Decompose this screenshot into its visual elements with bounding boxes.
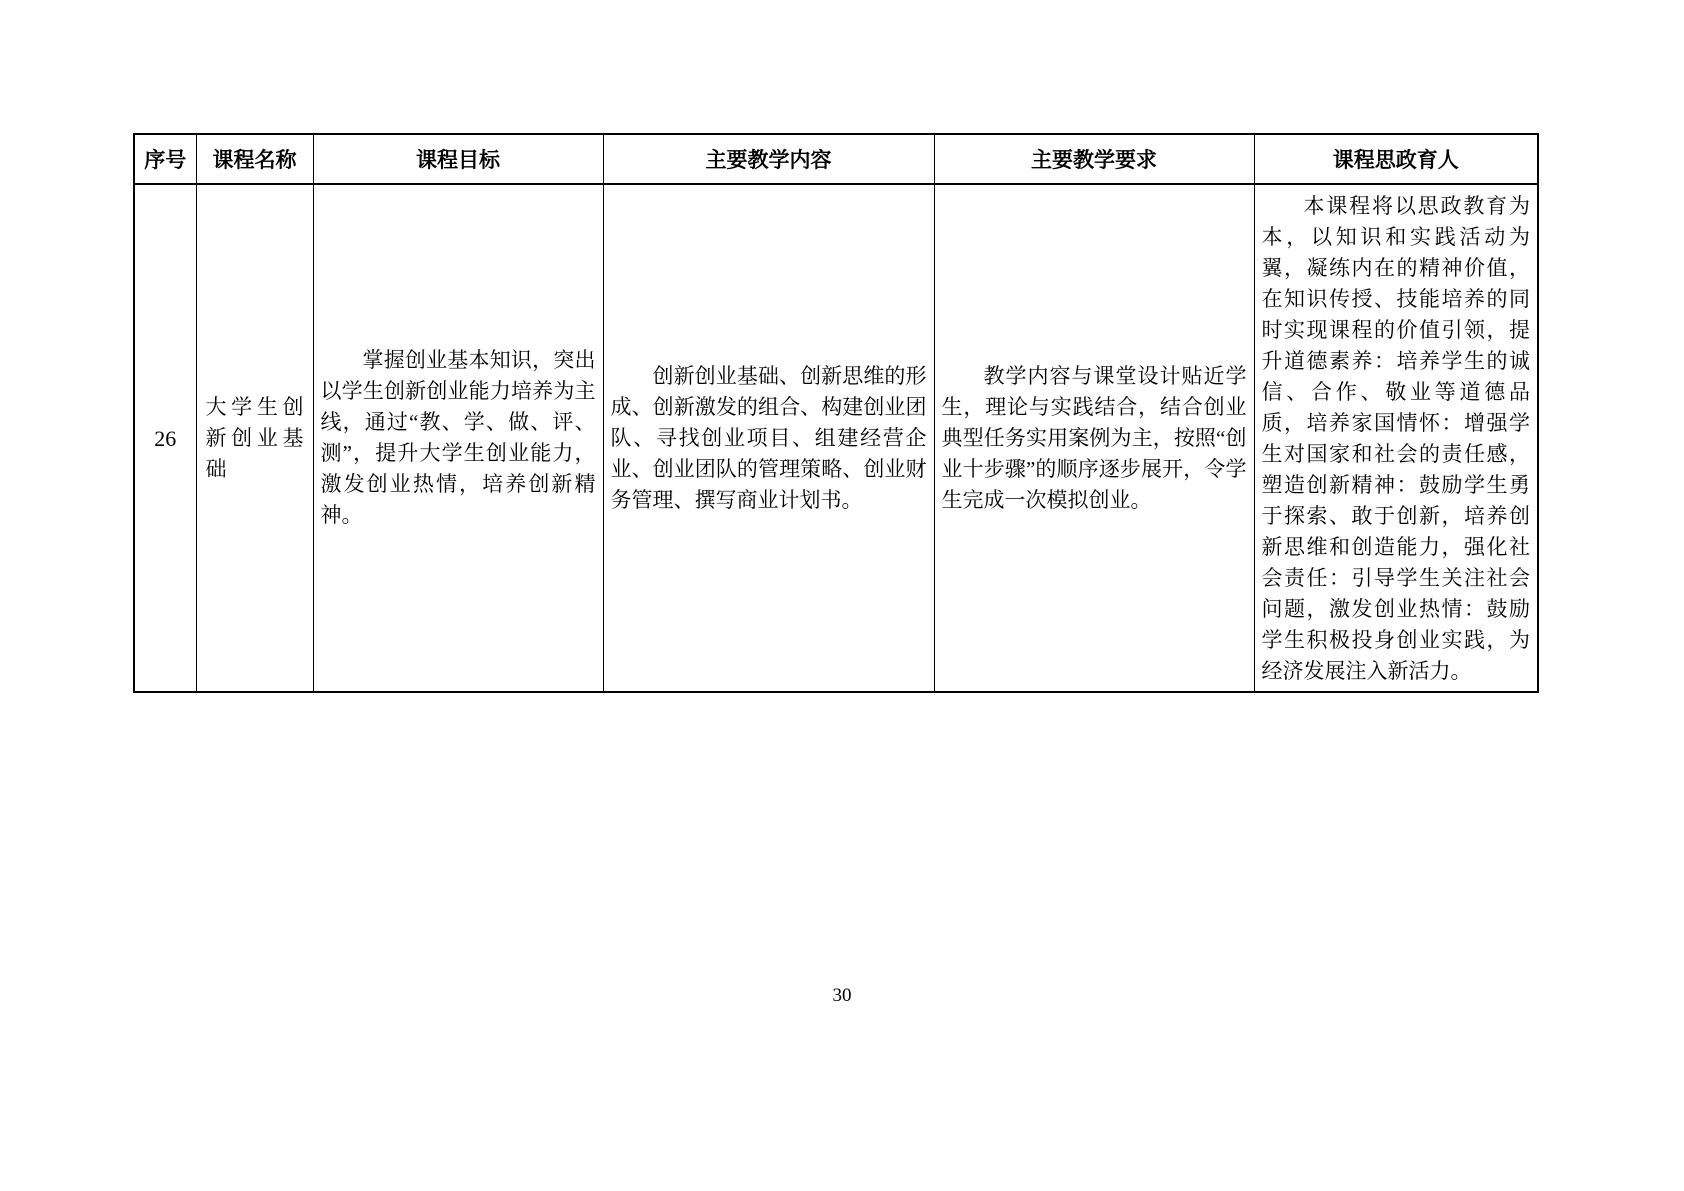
header-objective: 课程目标 — [313, 134, 603, 184]
cell-course-name: 大学生创新创业基础 — [196, 184, 313, 692]
cell-requirement: 教学内容与课堂设计贴近学生，理论与实践结合，结合创业典型任务实用案例为主，按照“… — [934, 184, 1254, 692]
header-requirement: 主要教学要求 — [934, 134, 1254, 184]
cell-ideology: 本课程将以思政教育为本，以知识和实践活动为翼，凝练内在的精神价值，在知识传授、技… — [1254, 184, 1538, 692]
table-header-row: 序号 课程名称 课程目标 主要教学内容 主要教学要求 课程思政育人 — [134, 134, 1538, 184]
header-content: 主要教学内容 — [603, 134, 934, 184]
cell-content: 创新创业基础、创新思维的形成、创新激发的组合、构建创业团队、寻找创业项目、组建经… — [603, 184, 934, 692]
table-row: 26 大学生创新创业基础 掌握创业基本知识，突出以学生创新创业能力培养为主线，通… — [134, 184, 1538, 692]
header-course-name: 课程名称 — [196, 134, 313, 184]
header-no: 序号 — [134, 134, 196, 184]
cell-no: 26 — [134, 184, 196, 692]
course-syllabus-table: 序号 课程名称 课程目标 主要教学内容 主要教学要求 课程思政育人 26 大学生… — [133, 133, 1539, 693]
header-ideology: 课程思政育人 — [1254, 134, 1538, 184]
cell-objective: 掌握创业基本知识，突出以学生创新创业能力培养为主线，通过“教、学、做、评、测”，… — [313, 184, 603, 692]
page-number: 30 — [0, 985, 1684, 1007]
